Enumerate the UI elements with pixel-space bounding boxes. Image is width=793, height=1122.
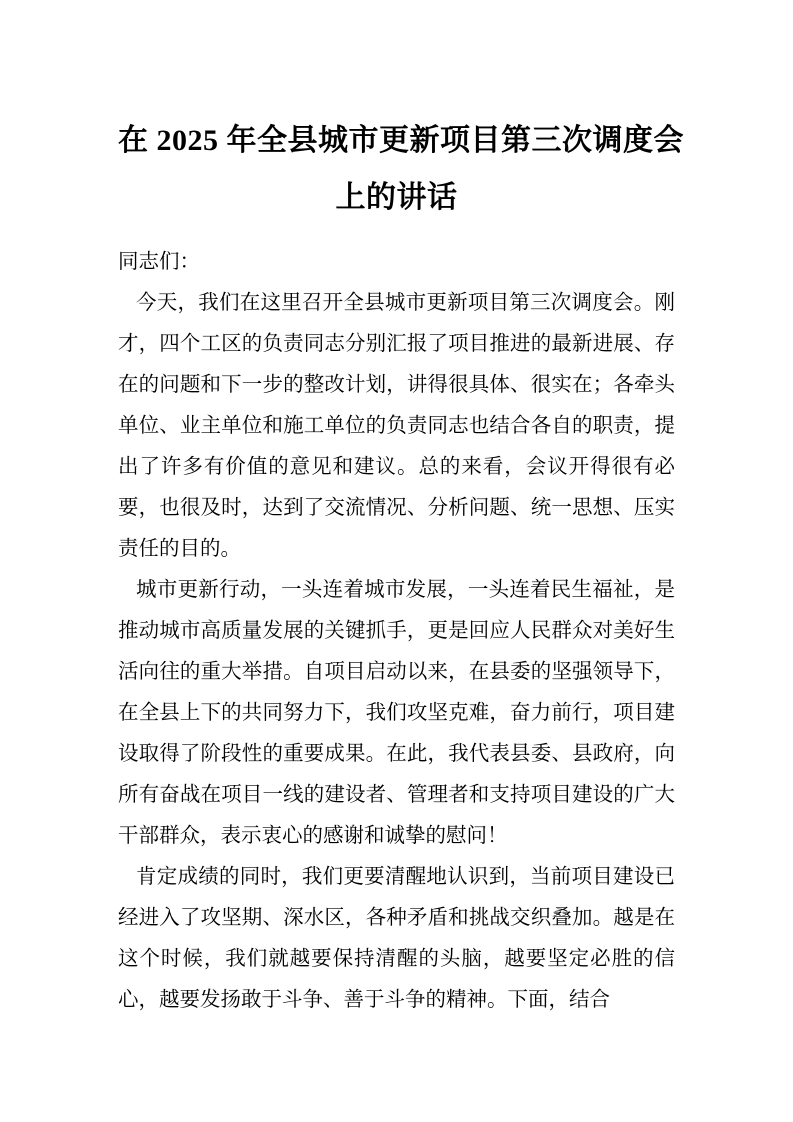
paragraph-achievements-thanks: 城市更新行动，一头连着城市发展，一头连着民生福祉，是推动城市高质量发展的关键抓手…	[118, 570, 675, 857]
document-title: 在 2025 年全县城市更新项目第三次调度会 上的讲话	[118, 112, 675, 226]
document-page: 在 2025 年全县城市更新项目第三次调度会 上的讲话 同志们： 今天，我们在这…	[0, 0, 793, 1122]
title-line-1: 在 2025 年全县城市更新项目第三次调度会	[118, 112, 675, 169]
title-line-2: 上的讲话	[118, 169, 675, 226]
salutation: 同志们：	[118, 242, 675, 283]
paragraph-meeting-summary: 今天，我们在这里召开全县城市更新项目第三次调度会。刚才，四个工区的负责同志分别汇…	[118, 283, 675, 570]
paragraph-challenges: 肯定成绩的同时，我们更要清醒地认识到，当前项目建设已经进入了攻坚期、深水区，各种…	[118, 857, 675, 1021]
document-body: 同志们： 今天，我们在这里召开全县城市更新项目第三次调度会。刚才，四个工区的负责…	[118, 242, 675, 1021]
